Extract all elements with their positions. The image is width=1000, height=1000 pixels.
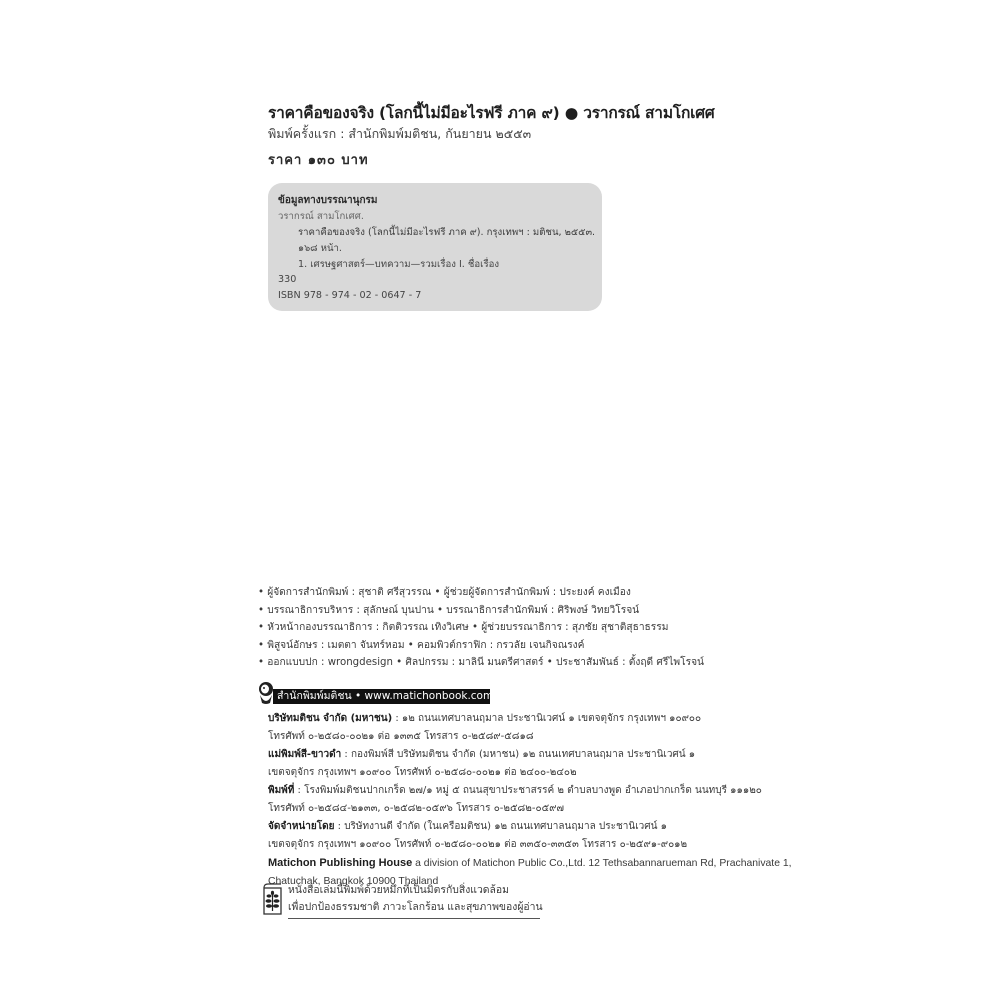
cataloging-title: ราคาคือของจริง (โลกนี้ไม่มีอะไรฟรี ภาค ๙… — [298, 225, 595, 240]
cataloging-isbn: ISBN 978 - 974 - 02 - 0647 - 7 — [278, 290, 421, 301]
cataloging-pages: ๑๖๘ หน้า. — [298, 241, 342, 256]
publisher-info-line: พิมพ์ที่ : โรงพิมพ์มติชนปากเกร็ด ๒๗/๑ หม… — [268, 782, 792, 800]
book-price: ราคา ๑๓๐ บาท — [268, 149, 369, 170]
staff-line: • ออกแบบปก : wrongdesign • ศิลปกรรม : มา… — [258, 654, 704, 672]
cataloging-subjects: 1. เศรษฐศาสตร์—บทความ—รวมเรื่อง I. ชื่อเ… — [298, 257, 499, 272]
publisher-banner-text: สำนักพิมพ์มติชน • www.matichonbook.com — [273, 689, 490, 704]
publisher-info-line: จัดจำหน่ายโดย : บริษัทงานดี จำกัด (ในเคร… — [268, 818, 792, 836]
publisher-info-line: แม่พิมพ์สี-ขาวดำ : กองพิมพ์สี บริษัทมติช… — [268, 746, 792, 764]
cataloging-data-box: ข้อมูลทางบรรณานุกรม วรากรณ์ สามโกเศศ. รา… — [268, 183, 602, 311]
publisher-info-line: บริษัทมติชน จำกัด (มหาชน) : ๑๒ ถนนเทศบาล… — [268, 710, 792, 728]
publisher-info-line: เขตจตุจักร กรุงเทพฯ ๑๐๙๐๐ โทรศัพท์ ๐-๒๕๘… — [268, 836, 792, 854]
staff-line: • ผู้จัดการสำนักพิมพ์ : สุชาติ ศรีสุวรรณ… — [258, 584, 704, 602]
cataloging-author: วรากรณ์ สามโกเศศ. — [278, 209, 364, 224]
book-title-line: ราคาคือของจริง (โลกนี้ไม่มีอะไรฟรี ภาค ๙… — [268, 100, 715, 125]
publisher-info-line: โทรศัพท์ ๐-๒๕๘๔-๒๑๓๓, ๐-๒๕๘๒-๐๕๙๖ โทรสาร… — [268, 800, 792, 818]
eco-note-underline — [288, 918, 540, 919]
staff-line: • พิสูจน์อักษร : เมตตา จันทร์หอม • คอมพิ… — [258, 637, 704, 655]
first-printing-info: พิมพ์ครั้งแรก : สำนักพิมพ์มติชน, กันยายน… — [268, 124, 531, 144]
publisher-info: บริษัทมติชน จำกัด (มหาชน) : ๑๒ ถนนเทศบาล… — [268, 710, 792, 891]
staff-credits: • ผู้จัดการสำนักพิมพ์ : สุชาติ ศรีสุวรรณ… — [258, 584, 704, 672]
cataloging-classification: 330 — [278, 274, 296, 285]
eco-book-leaf-icon — [262, 882, 282, 916]
cataloging-heading: ข้อมูลทางบรรณานุกรม — [278, 193, 378, 208]
eco-note-text: หนังสือเล่มนี้พิมพ์ด้วยหมึกที่เป็นมิตรกั… — [288, 882, 543, 916]
publisher-info-line: เขตจตุจักร กรุงเทพฯ ๑๐๙๐๐ โทรศัพท์ ๐-๒๕๘… — [268, 764, 792, 782]
publisher-info-line: โทรศัพท์ ๐-๒๕๘๐-๐๐๒๑ ต่อ ๑๓๓๕ โทรสาร ๐-๒… — [268, 728, 792, 746]
english-info-line: Matichon Publishing House a division of … — [268, 854, 792, 873]
staff-line: • หัวหน้ากองบรรณาธิการ : กิตติวรรณ เทิงว… — [258, 619, 704, 637]
staff-line: • บรรณาธิการบริหาร : สุลักษณ์ บุนปาน • บ… — [258, 602, 704, 620]
